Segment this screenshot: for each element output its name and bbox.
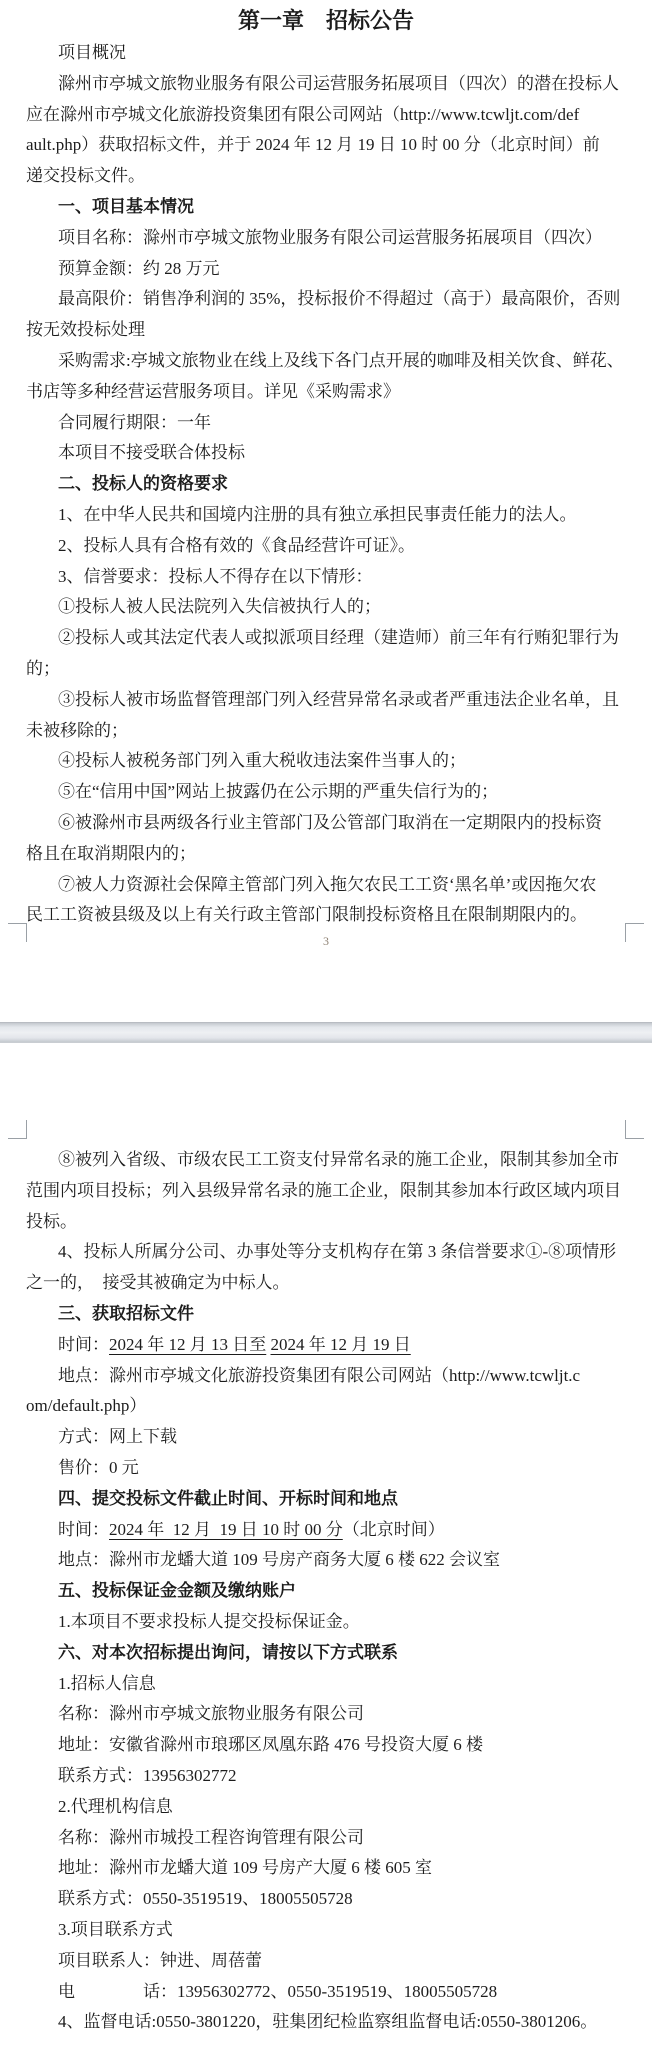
doc-line: 1、在中华人民共和国境内注册的具有独立承担民事责任能力的法人。 xyxy=(0,500,652,531)
doc-line: ④投标人被税务部门列入重大税收违法案件当事人的； xyxy=(0,746,652,777)
doc-line: 4、投标人所属分公司、办事处等分支机构存在第 3 条信誉要求①-⑧项情形 xyxy=(0,1237,652,1268)
doc-line: 电 话：13956302772、0550-3519519、18005505728 xyxy=(0,1977,652,2008)
doc-line: 预算金额：约 28 万元 xyxy=(0,254,652,285)
doc-line: 2、投标人具有合格有效的《食品经营许可证》。 xyxy=(0,531,652,562)
section-heading: 四、提交投标文件截止时间、开标时间和地点 xyxy=(0,1484,652,1515)
doc-line: 地点：滁州市亭城文化旅游投资集团有限公司网站（http://www.tcwljt… xyxy=(0,1361,652,1392)
doc-line: 方式：网上下载 xyxy=(0,1422,652,1453)
doc-line: 1.本项目不要求投标人提交投标保证金。 xyxy=(0,1607,652,1638)
text-boundary-mark xyxy=(8,1120,27,1139)
doc-line: 名称：滁州市亭城文旅物业服务有限公司 xyxy=(0,1699,652,1730)
doc-line: 地址：安徽省滁州市琅琊区凤凰东路 476 号投资大厦 6 楼 xyxy=(0,1730,652,1761)
page-number: 3 xyxy=(0,934,652,949)
doc-line: ⑥被滁州市县两级各行业主管部门及公管部门取消在一定期限内的投标资 xyxy=(0,808,652,839)
doc-line: 3.项目联系方式 xyxy=(0,1915,652,1946)
underlined-date: 2024 年 12 月 19 日 xyxy=(271,1335,411,1354)
doc-line: 格且在取消期限内的； xyxy=(0,839,652,870)
doc-line: 合同履行期限：一年 xyxy=(0,408,652,439)
doc-line: 递交投标文件。 xyxy=(0,161,652,192)
doc-line: 投标。 xyxy=(0,1207,652,1238)
doc-line: 采购需求:亭城文旅物业在线上及线下各门点开展的咖啡及相关饮食、鲜花、 xyxy=(0,346,652,377)
doc-line-obtain-time: 时间：2024 年 12 月 13 日至 2024 年 12 月 19 日 xyxy=(0,1330,652,1361)
doc-line: 4、监督电话:0550-3801220，驻集团纪检监察组监督电话:0550-38… xyxy=(0,2007,652,2038)
doc-line: 售价：0 元 xyxy=(0,1453,652,1484)
field-label: 时间： xyxy=(58,1335,109,1354)
doc-line: 之一的， 接受其被确定为中标人。 xyxy=(0,1268,652,1299)
doc-line: 项目名称：滁州市亭城文旅物业服务有限公司运营服务拓展项目（四次） xyxy=(0,223,652,254)
document-page-2: ⑧被列入省级、市级农民工工资支付异常名录的施工企业，限制其参加全市 范围内项目投… xyxy=(0,1043,652,2047)
doc-line: om/default.php） xyxy=(0,1391,652,1422)
doc-line: ⑧被列入省级、市级农民工工资支付异常名录的施工企业，限制其参加全市 xyxy=(0,1145,652,1176)
chapter-title: 第一章 招标公告 xyxy=(0,0,652,38)
doc-line: 应在滁州市亭城文化旅游投资集团有限公司网站（http://www.tcwljt.… xyxy=(0,100,652,131)
doc-line: 联系方式：0550-3519519、18005505728 xyxy=(0,1884,652,1915)
underlined-date: 2024 年 12 月 13 日至 xyxy=(109,1335,266,1354)
doc-line: 书店等多种经营运营服务项目。详见《采购需求》 xyxy=(0,377,652,408)
doc-line-deadline-time: 时间：2024 年 12 月 19 日 10 时 00 分（北京时间） xyxy=(0,1515,652,1546)
section-heading: 一、项目基本情况 xyxy=(0,192,652,223)
doc-line: 最高限价：销售净利润的 35%，投标报价不得超过（高于）最高限价，否则 xyxy=(0,284,652,315)
doc-line: 的； xyxy=(0,654,652,685)
section-heading: 二、投标人的资格要求 xyxy=(0,469,652,500)
doc-line: 名称：滁州市城投工程咨询管理有限公司 xyxy=(0,1823,652,1854)
doc-line: ②投标人或其法定代表人或拟派项目经理（建造师）前三年有行贿犯罪行为 xyxy=(0,623,652,654)
doc-line: 未被移除的； xyxy=(0,716,652,747)
doc-line: 民工工资被县级及以上有关行政主管部门限制投标资格且在限制期限内的。 xyxy=(0,900,652,931)
text-boundary-mark xyxy=(625,1120,644,1139)
doc-line: 项目概况 xyxy=(0,38,652,69)
section-heading: 五、投标保证金金额及缴纳账户 xyxy=(0,1576,652,1607)
doc-line: 3、信誉要求：投标人不得存在以下情形： xyxy=(0,562,652,593)
doc-line: ⑤在“信用中国”网站上披露仍在公示期的严重失信行为的； xyxy=(0,777,652,808)
doc-line: ①投标人被人民法院列入失信被执行人的； xyxy=(0,592,652,623)
underlined-date: 2024 年 12 月 19 日 10 时 00 分 xyxy=(109,1520,343,1539)
section-heading: 三、获取招标文件 xyxy=(0,1299,652,1330)
doc-line: 地点：滁州市龙蟠大道 109 号房产商务大厦 6 楼 622 会议室 xyxy=(0,1545,652,1576)
field-label: 时间： xyxy=(58,1520,109,1539)
doc-line: 联系方式：13956302772 xyxy=(0,1761,652,1792)
doc-line: 地址：滁州市龙蟠大道 109 号房产大厦 6 楼 605 室 xyxy=(0,1853,652,1884)
doc-line: 本项目不接受联合体投标 xyxy=(0,438,652,469)
doc-line: 范围内项目投标；列入县级异常名录的施工企业，限制其参加本行政区域内项目 xyxy=(0,1176,652,1207)
doc-line: ault.php）获取招标文件，并于 2024 年 12 月 19 日 10 时… xyxy=(0,130,652,161)
page-separator xyxy=(0,1022,652,1043)
doc-line: ③投标人被市场监督管理部门列入经营异常名录或者严重违法企业名单，且 xyxy=(0,685,652,716)
doc-line: 按无效投标处理 xyxy=(0,315,652,346)
document-viewport: { "doc": { "title": "第一章 招标公告", "page_nu… xyxy=(0,0,652,2068)
section-heading: 六、对本次招标提出询问，请按以下方式联系 xyxy=(0,1638,652,1669)
document-page-1: 第一章 招标公告 项目概况 滁州市亭城文旅物业服务有限公司运营服务拓展项目（四次… xyxy=(0,0,652,1022)
doc-line: 1.招标人信息 xyxy=(0,1669,652,1700)
doc-line: 2.代理机构信息 xyxy=(0,1792,652,1823)
doc-line: 项目联系人：钟进、周蓓蕾 xyxy=(0,1946,652,1977)
doc-line: 滁州市亭城文旅物业服务有限公司运营服务拓展项目（四次）的潜在投标人 xyxy=(0,69,652,100)
doc-line: ⑦被人力资源社会保障主管部门列入拖欠农民工工资‘黑名单’或因拖欠农 xyxy=(0,870,652,901)
